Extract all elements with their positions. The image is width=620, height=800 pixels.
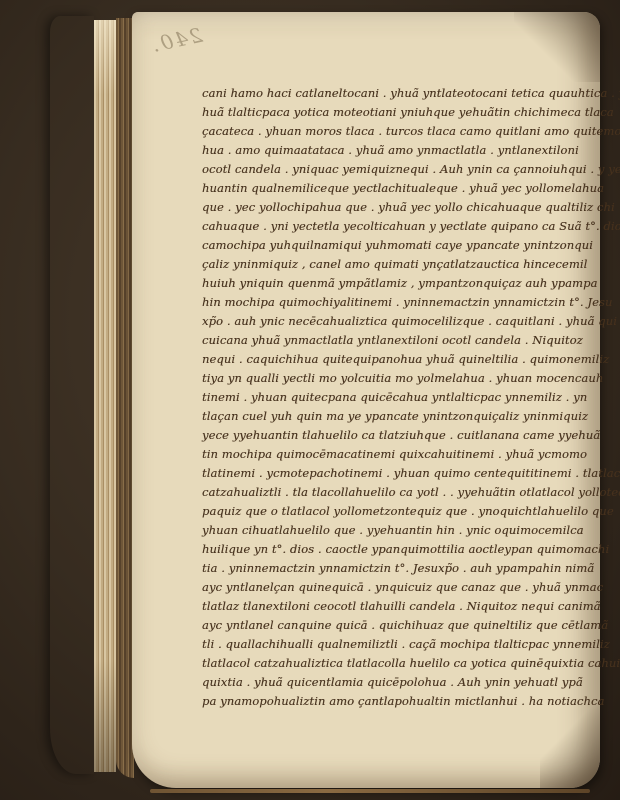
manuscript-line: tinemi . yhuan quitecpana quicēcahua ynt… [202, 388, 598, 407]
manuscript-line: yhuan cihuatlahuelilo que . yyehuantin h… [202, 521, 598, 540]
manuscript-line: tlatlaz tlanextiloni ceocotl tlahuilli c… [202, 597, 598, 616]
manuscript-line: nequi . caquichihua quitequipanohua yhuã… [202, 350, 598, 369]
book-fore-edge-stack [50, 16, 94, 774]
manuscript-line: tiya yn qualli yectli mo yolcuitia mo yo… [202, 369, 598, 388]
manuscript-line: çacateca . yhuan moros tlaca . turcos tl… [202, 122, 598, 141]
manuscript-line: tlatinemi . ycmotepachotinemi . yhuan qu… [202, 464, 598, 483]
manuscript-line: ayc yntlanel canquine quicā . quichihuaz… [202, 616, 598, 635]
manuscript-line: huantin qualnemiliceque yectlachitualequ… [202, 179, 598, 198]
manuscript-line: quixtia . yhuã quicentlamia quicēpolohua… [202, 673, 598, 692]
manuscript-line: paquiz que o tlatlacol yollometzontequiz… [202, 502, 598, 521]
manuscript-line: tlaçan cuel yuh quin ma ye ypancate ynin… [202, 407, 598, 426]
manuscript-line: ayc yntlanelçan quinequicā . ynquicuiz q… [202, 578, 598, 597]
show-through-folio-number: 240. [148, 23, 204, 57]
manuscript-line: cani hamo haci catlaneltocani . yhuã ynt… [202, 84, 598, 103]
manuscript-line: tlatlacol catzahualiztica tlatlacolla hu… [202, 654, 598, 673]
manuscript-line: hua . amo quimaatataca . yhuã amo ynmact… [202, 141, 598, 160]
manuscript-line: huiuh yniquin quenmã ympãtlamiz , ympant… [202, 274, 598, 293]
manuscript-line: hin mochipa quimochiyalitinemi . yninnem… [202, 293, 598, 312]
manuscript-line: que . yec yollochipahua que . yhuã yec y… [202, 198, 598, 217]
manuscript-text-block: cani hamo haci catlaneltocani . yhuã ynt… [202, 84, 598, 711]
manuscript-line: tli . quallachihualli qualnemiliztli . c… [202, 635, 598, 654]
photo-background: 240. cani hamo haci catlaneltocani . yhu… [0, 0, 620, 800]
manuscript-line: çaliz yninmiquiz , canel amo quimati ynç… [202, 255, 598, 274]
manuscript-line: cahuaque . yni yectetla yecolticahuan y … [202, 217, 598, 236]
manuscript-line: tia . yninnemactzin ynnamictzin t°. Jesu… [202, 559, 598, 578]
page-corner-shadow-bottom-right [540, 698, 600, 788]
manuscript-line: tin mochipa quimocēmacatinemi quixcahuit… [202, 445, 598, 464]
page-corner-shadow-top-right [514, 12, 600, 82]
manuscript-line: camochipa yuhquilnamiqui yuhmomati caye … [202, 236, 598, 255]
manuscript-line: catzahualiztli . tla tlacollahuelilo ca … [202, 483, 598, 502]
book-cover-bottom-edge [150, 789, 590, 793]
manuscript-line: cuicana yhuã ynmactlatla yntlanextiloni … [202, 331, 598, 350]
manuscript-line: huilique yn t°. dios . caoctle ypanquimo… [202, 540, 598, 559]
manuscript-line: pa ynamopohualiztin amo çantlapohualtin … [202, 692, 598, 711]
manuscript-line: yece yyehuantin tlahuelilo ca tlatziuhqu… [202, 426, 598, 445]
manuscript-page: 240. cani hamo haci catlaneltocani . yhu… [132, 12, 600, 788]
manuscript-line: xp̃o . auh ynic necēcahualiztica quimoce… [202, 312, 598, 331]
manuscript-line: huã tlalticpaca yotica moteotiani yniuhq… [202, 103, 598, 122]
book-fore-edge-light-band [94, 20, 116, 772]
manuscript-line: ocotl candela . yniquac yemiquiznequi . … [202, 160, 598, 179]
